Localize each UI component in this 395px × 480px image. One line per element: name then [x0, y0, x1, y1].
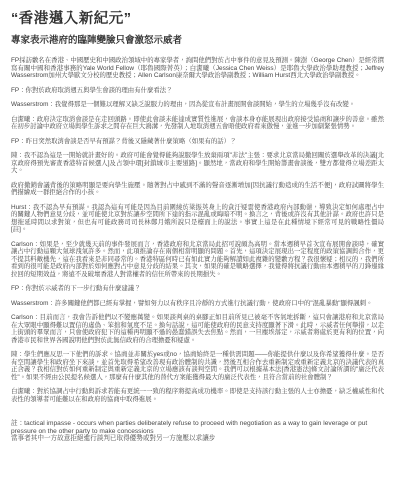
question-next-steps: FP：你對於示威者的下一步行動有什麼建議？	[11, 285, 384, 293]
answer-chen-1: 陳：我不認為這是一開始就計畫好的。政府可能會覺得能夠說服學生放棄兩項"非法"主張…	[11, 152, 384, 175]
article-subtitle: 專家表示港府的臨陣變臉只會激怒示威者	[11, 32, 384, 46]
answer-carlson-2: Carlson：目前而言，我會告訴他們以不變應萬變。如果談判桌的桌腳正如目前所見…	[11, 314, 384, 344]
question-cancel-talks: FP：你對於政府取消週五與學生會談的理由有什麼看法？	[11, 87, 384, 95]
answer-wasserstrom-1: Wasserstrom：我覺得那是一個難以理解又缺乏說服力的理由，因為從宣布計畫…	[11, 101, 384, 109]
answer-weiss-1: 白潔曦：政府決定取消會談是在走回頭路。即使此會談未能達成實質性進展，會談本身亦能…	[11, 116, 384, 131]
footnote-chinese: 當事者其中一方故意拒絕進行談判已取得優勢或對另一方施壓以求讓步	[11, 435, 384, 443]
answer-hurst-1: Hurst：我不認為早有預謀。我認為這有可能是因為目前圍繞於梁振英身上的貪汙疑雲…	[11, 204, 384, 234]
answer-wasserstrom-2: Wasserstrom：許多關鍵他們都已經有掌握，譬如努力以有秩序且冷靜的方式進…	[11, 300, 384, 308]
footnote: 註：tactical impasse - occurs when parties…	[11, 420, 384, 443]
article-title: “香港邁入新紀元”	[11, 7, 384, 28]
answer-carlson-1: Carlson：如果是，至少就幾天前的事件發展而言，香港政府和北京當局此招可說頗…	[11, 241, 384, 279]
footnote-english: 註：tactical impasse - occurs when parties…	[11, 420, 384, 435]
answer-chen-2: 陳：學生們應反思一下他們的訴求。協商並非關於yes或no，協商始終是一種供需問題…	[11, 351, 384, 381]
answer-chen-1-continued: 政府撤銷會議背後的策略明顯是要向學生施壓。隨著對占中感到不滿的聲音逐漸增加[因抗…	[11, 182, 384, 197]
intro-paragraph: FP採訪數名在香港、中國歷史和中國政治領域中的專家學者，詢問他們對於占中事件的意…	[11, 57, 384, 80]
article-page: “香港邁入新紀元” 專家表示港府的臨陣變臉只會激怒示威者 FP採訪數名在香港、中…	[0, 0, 395, 480]
question-premeditated: FP：昨日突然取消會談是否早有預謀？背後又隱藏著什麼策略（如果有的話）？	[11, 138, 384, 146]
answer-weiss-2: 白潔曦：對於協調占中行動與訴求若能有更統一一致的程序將提高成功機率。即使是支持該…	[11, 388, 384, 403]
